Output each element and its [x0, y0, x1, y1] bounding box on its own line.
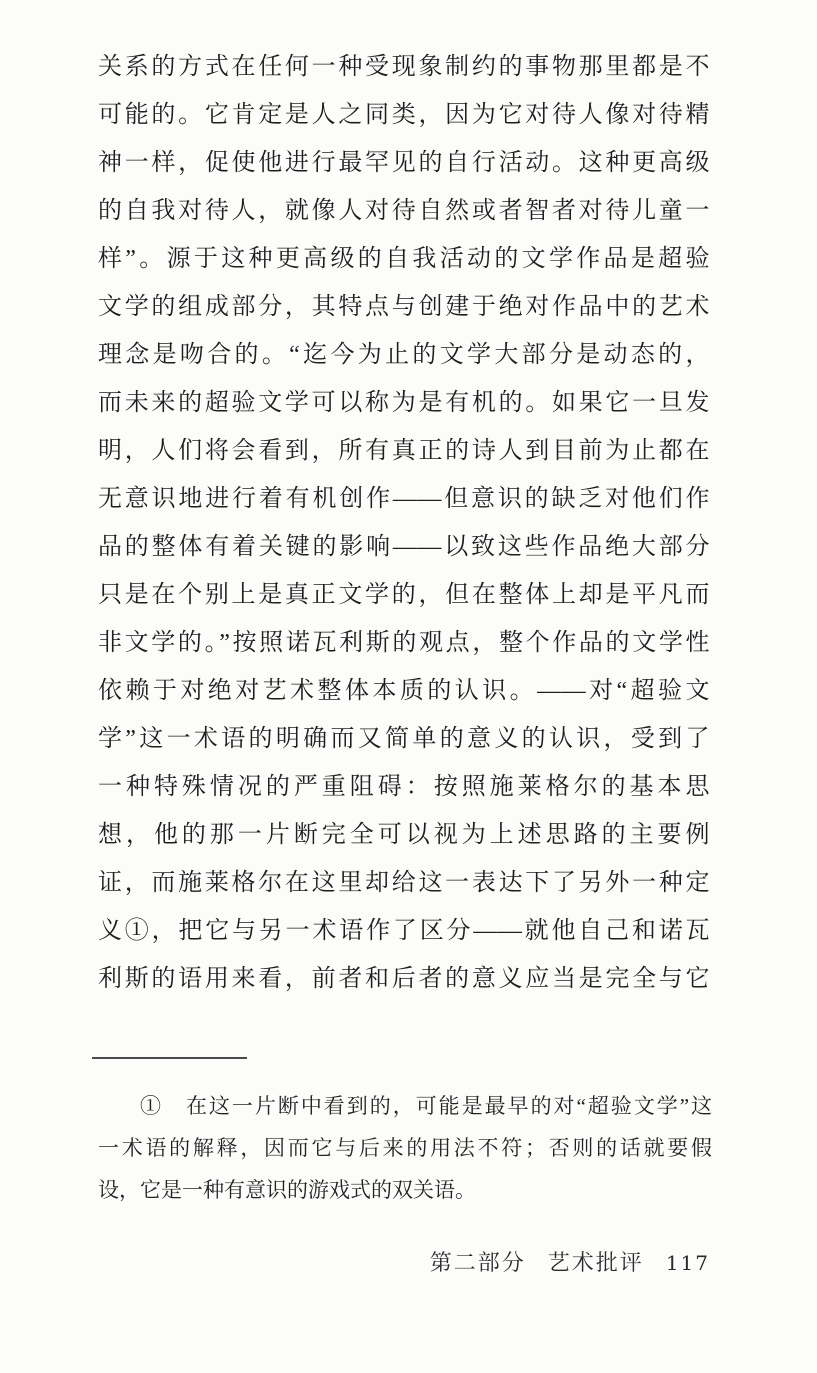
text-line: 理念是吻合的。“迄今为止的文学大部分是动态的， [98, 331, 710, 379]
text-line: 而未来的超验文学可以称为是有机的。如果它一旦发 [98, 379, 710, 427]
text-line: 依赖于对绝对艺术整体本质的认识。——对“超验文 [98, 667, 710, 715]
text-line: 无意识地进行着有机创作——但意识的缺乏对他们作 [98, 475, 710, 523]
text-line: 明，人们将会看到，所有真正的诗人到目前为止都在 [98, 427, 710, 475]
book-page: 关系的方式在任何一种受现象制约的事物那里都是不 可能的。它肯定是人之同类，因为它… [0, 0, 817, 1373]
footnote-separator [92, 1057, 247, 1059]
footer-chapter-label: 艺术批评 [548, 1249, 644, 1277]
footnote-line: ① 在这一片断中看到的，可能是最早的对“超验文学”这 [98, 1085, 712, 1127]
text-line: 义①，把它与另一术语作了区分——就他自己和诺瓦 [98, 907, 710, 955]
text-line: 神一样，促使他进行最罕见的自行活动。这种更高级 [98, 139, 710, 187]
text-line: 品的整体有着关键的影响——以致这些作品绝大部分 [98, 523, 710, 571]
page-number: 117 [666, 1249, 710, 1277]
text-line: 样”。源于这种更高级的自我活动的文学作品是超验 [98, 235, 710, 283]
text-line: 只是在个别上是真正文学的，但在整体上却是平凡而 [98, 571, 710, 619]
footer-section-label: 第二部分 [430, 1249, 526, 1277]
text-line: 一种特殊情况的严重阻碍：按照施莱格尔的基本思 [98, 763, 710, 811]
footnote-line: 一术语的解释，因而它与后来的用法不符；否则的话就要假 [98, 1127, 712, 1169]
text-line: 关系的方式在任何一种受现象制约的事物那里都是不 [98, 43, 710, 91]
text-line: 文学的组成部分，其特点与创建于绝对作品中的艺术 [98, 283, 710, 331]
text-line: 非文学的。”按照诺瓦利斯的观点，整个作品的文学性 [98, 619, 710, 667]
text-line: 可能的。它肯定是人之同类，因为它对待人像对待精 [98, 91, 710, 139]
text-line: 学”这一术语的明确而又简单的意义的认识，受到了 [98, 715, 710, 763]
footnote-line: 设，它是一种有意识的游戏式的双关语。 [98, 1169, 712, 1211]
page-footer: 第二部分 艺术批评 117 [430, 1249, 710, 1277]
text-line: 证，而施莱格尔在这里却给这一表达下了另外一种定 [98, 859, 710, 907]
footnote-block: ① 在这一片断中看到的，可能是最早的对“超验文学”这 一术语的解释，因而它与后来… [98, 1085, 712, 1211]
text-line: 的自我对待人，就像人对待自然或者智者对待儿童一 [98, 187, 710, 235]
text-line: 想，他的那一片断完全可以视为上述思路的主要例 [98, 811, 710, 859]
main-text-block: 关系的方式在任何一种受现象制约的事物那里都是不 可能的。它肯定是人之同类，因为它… [98, 43, 710, 1003]
text-line: 利斯的语用来看，前者和后者的意义应当是完全与它 [98, 955, 710, 1003]
